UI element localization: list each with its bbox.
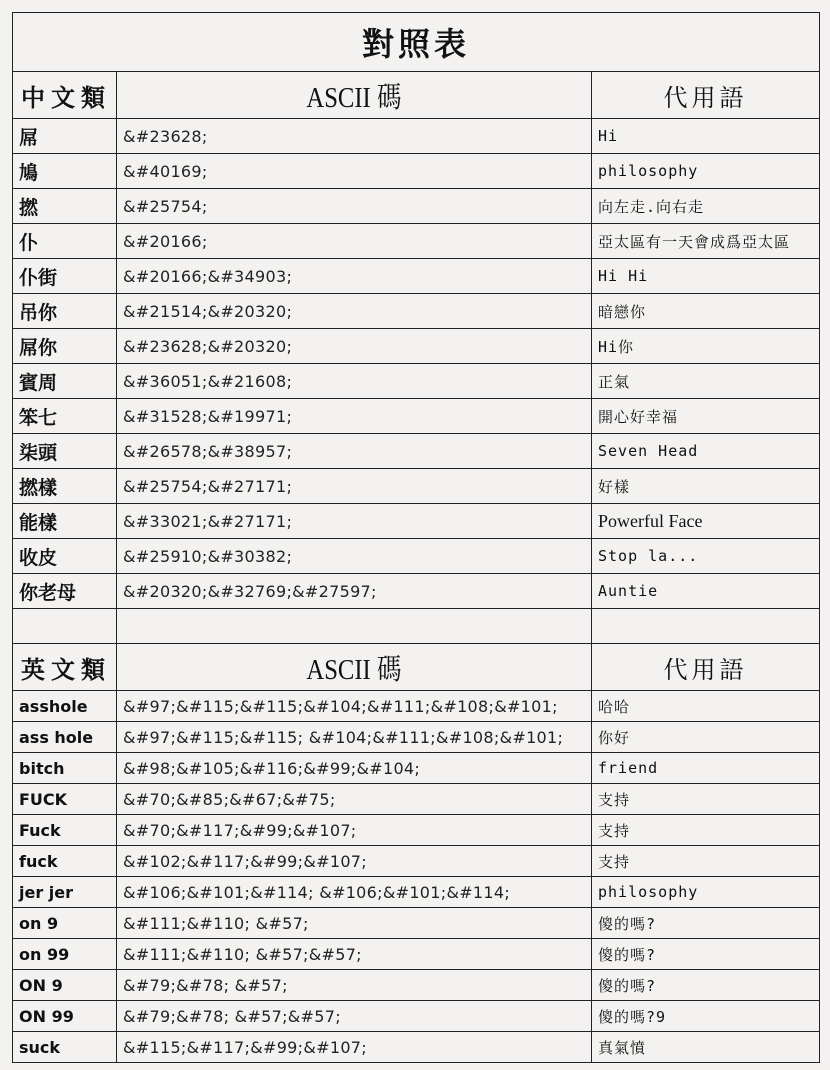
term-cell: on 99 bbox=[13, 939, 117, 970]
header-ascii-code: ASCII 碼 bbox=[117, 644, 592, 691]
table-row: on 9&#111;&#110; &#57;傻的嗎? bbox=[13, 908, 820, 939]
term-cell: FUCK bbox=[13, 784, 117, 815]
substitute-cell: Auntie bbox=[592, 574, 820, 609]
substitute-cell: 支持 bbox=[592, 815, 820, 846]
term-cell: 笨七 bbox=[13, 399, 117, 434]
table-row: 收皮&#25910;&#30382;Stop la... bbox=[13, 539, 820, 574]
term-cell: 撚 bbox=[13, 189, 117, 224]
term-cell: 收皮 bbox=[13, 539, 117, 574]
table-row: 屌你&#23628;&#20320;Hi你 bbox=[13, 329, 820, 364]
substitute-cell: 好樣 bbox=[592, 469, 820, 504]
substitute-cell: friend bbox=[592, 753, 820, 784]
term-cell: on 9 bbox=[13, 908, 117, 939]
term-cell: 屌你 bbox=[13, 329, 117, 364]
table-row: 笨七&#31528;&#19971;開心好幸福 bbox=[13, 399, 820, 434]
table-row: 鳩&#40169;philosophy bbox=[13, 154, 820, 189]
chinese-header-row: 中文類 ASCII 碼 代用語 bbox=[13, 72, 820, 119]
header-english-category: 英文類 bbox=[13, 644, 117, 691]
substitute-cell: philosophy bbox=[592, 154, 820, 189]
substitute-cell: Hi Hi bbox=[592, 259, 820, 294]
table-row: ass hole&#97;&#115;&#115; &#104;&#111;&#… bbox=[13, 722, 820, 753]
ascii-code-cell: &#70;&#117;&#99;&#107; bbox=[117, 815, 592, 846]
header-ascii-code-label: ASCII 碼 bbox=[306, 75, 401, 116]
table-row: bitch&#98;&#105;&#116;&#99;&#104;friend bbox=[13, 753, 820, 784]
substitute-cell: Hi你 bbox=[592, 329, 820, 364]
table-title: 對照表 bbox=[13, 13, 820, 72]
ascii-code-cell: &#23628; bbox=[117, 119, 592, 154]
ascii-code-cell: &#21514;&#20320; bbox=[117, 294, 592, 329]
table-row: 你老母&#20320;&#32769;&#27597;Auntie bbox=[13, 574, 820, 609]
substitute-cell: philosophy bbox=[592, 877, 820, 908]
term-cell: suck bbox=[13, 1032, 117, 1063]
ascii-code-cell: &#102;&#117;&#99;&#107; bbox=[117, 846, 592, 877]
table-row: 撚樣&#25754;&#27171;好樣 bbox=[13, 469, 820, 504]
term-cell: 鳩 bbox=[13, 154, 117, 189]
term-cell: asshole bbox=[13, 691, 117, 722]
table-row: 屌&#23628;Hi bbox=[13, 119, 820, 154]
ascii-code-cell: &#97;&#115;&#115; &#104;&#111;&#108;&#10… bbox=[117, 722, 592, 753]
substitute-cell: 亞太區有一天會成爲亞太區 bbox=[592, 224, 820, 259]
substitute-cell: 開心好幸福 bbox=[592, 399, 820, 434]
title-row: 對照表 bbox=[13, 13, 820, 72]
ascii-code-cell: &#25910;&#30382; bbox=[117, 539, 592, 574]
substitute-cell: Hi bbox=[592, 119, 820, 154]
term-cell: 撚樣 bbox=[13, 469, 117, 504]
header-substitute: 代用語 bbox=[592, 644, 820, 691]
ascii-code-cell: &#111;&#110; &#57; bbox=[117, 908, 592, 939]
substitute-cell: 暗戀你 bbox=[592, 294, 820, 329]
table-row: 撚&#25754;向左走.向右走 bbox=[13, 189, 820, 224]
substitute-cell: 你好 bbox=[592, 722, 820, 753]
ascii-code-cell: &#40169; bbox=[117, 154, 592, 189]
header-ascii-code: ASCII 碼 bbox=[117, 72, 592, 119]
table-row: Fuck&#70;&#117;&#99;&#107;支持 bbox=[13, 815, 820, 846]
substitute-cell: 真氣憤 bbox=[592, 1032, 820, 1063]
table-row: ON 99&#79;&#78; &#57;&#57;傻的嗎?9 bbox=[13, 1001, 820, 1032]
ascii-code-cell: &#97;&#115;&#115;&#104;&#111;&#108;&#101… bbox=[117, 691, 592, 722]
table-row: asshole&#97;&#115;&#115;&#104;&#111;&#10… bbox=[13, 691, 820, 722]
ascii-code-cell: &#106;&#101;&#114; &#106;&#101;&#114; bbox=[117, 877, 592, 908]
ascii-code-cell: &#26578;&#38957; bbox=[117, 434, 592, 469]
ascii-code-cell: &#36051;&#21608; bbox=[117, 364, 592, 399]
substitute-cell: 傻的嗎? bbox=[592, 908, 820, 939]
term-cell: 仆 bbox=[13, 224, 117, 259]
spacer-row bbox=[13, 609, 820, 644]
substitute-cell: 傻的嗎? bbox=[592, 939, 820, 970]
ascii-code-cell: &#20166; bbox=[117, 224, 592, 259]
substitute-cell: Stop la... bbox=[592, 539, 820, 574]
ascii-code-cell: &#20320;&#32769;&#27597; bbox=[117, 574, 592, 609]
term-cell: 賓周 bbox=[13, 364, 117, 399]
ascii-code-cell: &#20166;&#34903; bbox=[117, 259, 592, 294]
substitute-cell: Powerful Face bbox=[592, 504, 820, 539]
term-cell: ass hole bbox=[13, 722, 117, 753]
table-row: 吊你&#21514;&#20320;暗戀你 bbox=[13, 294, 820, 329]
table-row: 賓周&#36051;&#21608;正氣 bbox=[13, 364, 820, 399]
header-substitute: 代用語 bbox=[592, 72, 820, 119]
substitute-cell: 哈哈 bbox=[592, 691, 820, 722]
table-row: 仆&#20166;亞太區有一天會成爲亞太區 bbox=[13, 224, 820, 259]
table-row: fuck&#102;&#117;&#99;&#107;支持 bbox=[13, 846, 820, 877]
term-cell: fuck bbox=[13, 846, 117, 877]
ascii-code-cell: &#79;&#78; &#57; bbox=[117, 970, 592, 1001]
table-row: 柒頭&#26578;&#38957;Seven Head bbox=[13, 434, 820, 469]
term-cell: ON 9 bbox=[13, 970, 117, 1001]
table-row: on 99&#111;&#110; &#57;&#57;傻的嗎? bbox=[13, 939, 820, 970]
substitute-cell: 支持 bbox=[592, 784, 820, 815]
substitute-cell: 正氣 bbox=[592, 364, 820, 399]
ascii-code-cell: &#23628;&#20320; bbox=[117, 329, 592, 364]
ascii-code-cell: &#25754;&#27171; bbox=[117, 469, 592, 504]
comparison-table: 對照表 中文類 ASCII 碼 代用語 屌&#23628;Hi鳩&#40169;… bbox=[12, 12, 820, 1063]
term-cell: 屌 bbox=[13, 119, 117, 154]
table-row: jer jer&#106;&#101;&#114; &#106;&#101;&#… bbox=[13, 877, 820, 908]
table-row: 仆街&#20166;&#34903;Hi Hi bbox=[13, 259, 820, 294]
substitute-cell: 向左走.向右走 bbox=[592, 189, 820, 224]
header-chinese-category: 中文類 bbox=[13, 72, 117, 119]
substitute-cell: 支持 bbox=[592, 846, 820, 877]
term-cell: jer jer bbox=[13, 877, 117, 908]
term-cell: 柒頭 bbox=[13, 434, 117, 469]
spacer-cell bbox=[117, 609, 592, 644]
ascii-code-cell: &#25754; bbox=[117, 189, 592, 224]
header-ascii-code-label: ASCII 碼 bbox=[306, 647, 401, 688]
ascii-code-cell: &#98;&#105;&#116;&#99;&#104; bbox=[117, 753, 592, 784]
table-row: FUCK&#70;&#85;&#67;&#75;支持 bbox=[13, 784, 820, 815]
table-row: ON 9&#79;&#78; &#57;傻的嗎? bbox=[13, 970, 820, 1001]
term-cell: 你老母 bbox=[13, 574, 117, 609]
term-cell: 仆街 bbox=[13, 259, 117, 294]
substitute-cell: Seven Head bbox=[592, 434, 820, 469]
comparison-table-page: 對照表 中文類 ASCII 碼 代用語 屌&#23628;Hi鳩&#40169;… bbox=[12, 12, 819, 1063]
substitute-cell: 傻的嗎? bbox=[592, 970, 820, 1001]
substitute-cell: 傻的嗎?9 bbox=[592, 1001, 820, 1032]
table-row: suck&#115;&#117;&#99;&#107;真氣憤 bbox=[13, 1032, 820, 1063]
table-row: 能樣&#33021;&#27171;Powerful Face bbox=[13, 504, 820, 539]
term-cell: ON 99 bbox=[13, 1001, 117, 1032]
term-cell: Fuck bbox=[13, 815, 117, 846]
ascii-code-cell: &#33021;&#27171; bbox=[117, 504, 592, 539]
english-header-row: 英文類 ASCII 碼 代用語 bbox=[13, 644, 820, 691]
spacer-cell bbox=[13, 609, 117, 644]
ascii-code-cell: &#111;&#110; &#57;&#57; bbox=[117, 939, 592, 970]
ascii-code-cell: &#79;&#78; &#57;&#57; bbox=[117, 1001, 592, 1032]
spacer-cell bbox=[592, 609, 820, 644]
term-cell: 能樣 bbox=[13, 504, 117, 539]
ascii-code-cell: &#70;&#85;&#67;&#75; bbox=[117, 784, 592, 815]
term-cell: 吊你 bbox=[13, 294, 117, 329]
ascii-code-cell: &#115;&#117;&#99;&#107; bbox=[117, 1032, 592, 1063]
ascii-code-cell: &#31528;&#19971; bbox=[117, 399, 592, 434]
term-cell: bitch bbox=[13, 753, 117, 784]
